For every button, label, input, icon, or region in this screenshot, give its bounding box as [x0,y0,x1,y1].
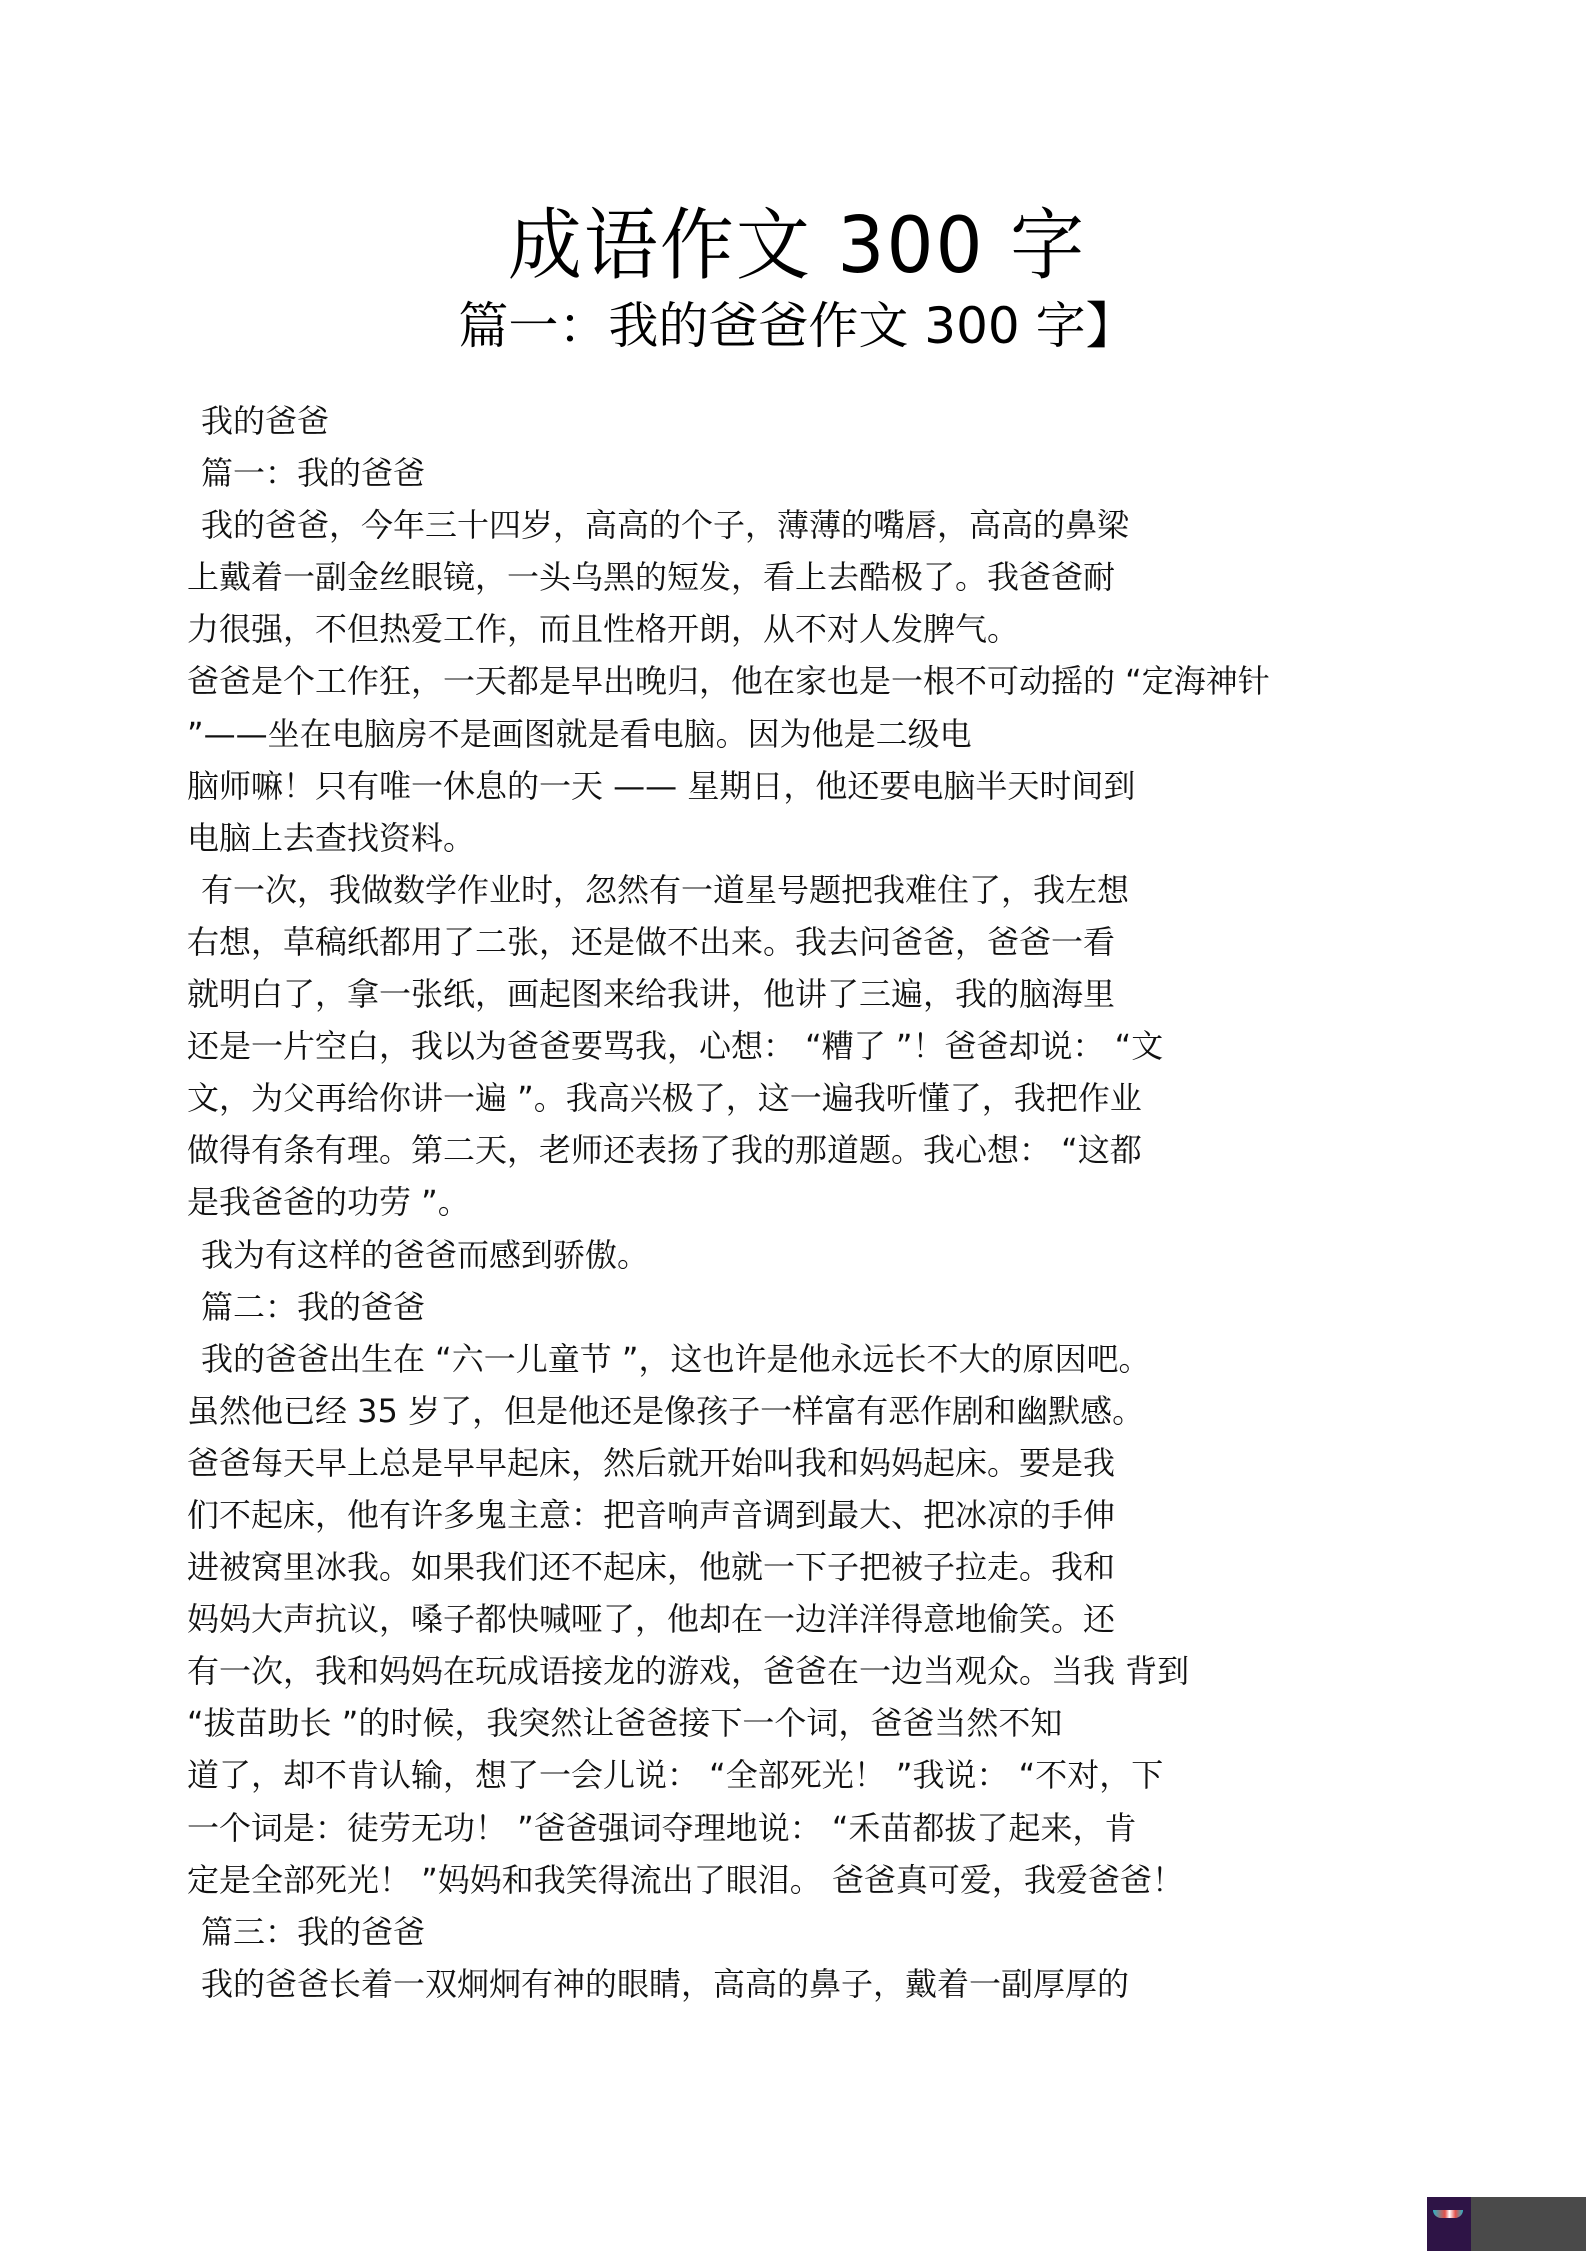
text-line: 是我爸爸的功劳 ”。 [187,1179,1447,1231]
text-line: 定是全部死光！ ”妈妈和我笑得流出了眼泪。 爸爸真可爱，我爱爸爸！ [187,1857,1447,1909]
text-line: ”——坐在电脑房不是画图就是看电脑。因为他是二级电 [187,711,1447,763]
text-line: 有一次，我做数学作业时，忽然有一道星号题把我难住了，我左想 [187,867,1447,919]
document-title: 成语作文 300 字 [0,198,1594,295]
text-line: 我的爸爸 [187,398,1447,450]
text-line: 我的爸爸出生在 “六一儿童节 ”，这也许是他永远长不大的原因吧。 [187,1336,1447,1388]
text-line: 右想，草稿纸都用了二张，还是做不出来。我去问爸爸，爸爸一看 [187,919,1447,971]
text-line: 进被窝里冰我。如果我们还不起床，他就一下子把被子拉走。我和 [187,1544,1447,1596]
document-page: 成语作文 300 字 篇一：我的爸爸作文 300 字】 我的爸爸 篇一：我的爸爸… [0,0,1594,2256]
text-line: 文，为父再给你讲一遍 ”。我高兴极了，这一遍我听懂了，我把作业 [187,1075,1447,1127]
logo-face-icon [1427,2197,1471,2251]
logo-mouth-shape [1433,2210,1463,2218]
text-line: 电脑上去查找资料。 [187,815,1447,867]
text-line: 有一次，我和妈妈在玩成语接龙的游戏，爸爸在一边当观众。当我 背到 [187,1648,1447,1700]
text-line: 一个词是：徒劳无功！ ”爸爸强词夺理地说： “禾苗都拔了起来，肯 [187,1805,1447,1857]
text-line: 我为有这样的爸爸而感到骄傲。 [187,1232,1447,1284]
text-line: 力很强，不但热爱工作，而且性格开朗，从不对人发脾气。 [187,606,1447,658]
text-line: 篇三：我的爸爸 [187,1909,1447,1961]
watermark-badge [1427,2197,1586,2251]
text-line: 上戴着一副金丝眼镜，一头乌黑的短发，看上去酷极了。我爸爸耐 [187,554,1447,606]
text-line: 脑师嘛！只有唯一休息的一天 —— 星期日，他还要电脑半天时间到 [187,763,1447,815]
text-line: 爸爸是个工作狂，一天都是早出晚归，他在家也是一根不可动摇的 “定海神针 [187,658,1447,710]
text-line: 虽然他已经 35 岁了，但是他还是像孩子一样富有恶作剧和幽默感。 [187,1388,1447,1440]
text-line: “拔苗助长 ”的时候，我突然让爸爸接下一个词，爸爸当然不知 [187,1700,1447,1752]
essay-body: 我的爸爸 篇一：我的爸爸 我的爸爸，今年三十四岁，高高的个子，薄薄的嘴唇，高高的… [187,398,1447,2013]
text-line: 篇一：我的爸爸 [187,450,1447,502]
text-line: 做得有条有理。第二天，老师还表扬了我的那道题。我心想： “这都 [187,1127,1447,1179]
text-line: 还是一片空白，我以为爸爸要骂我，心想： “糟了 ”！爸爸却说： “文 [187,1023,1447,1075]
text-line: 们不起床，他有许多鬼主意：把音响声音调到最大、把冰凉的手伸 [187,1492,1447,1544]
document-subtitle: 篇一：我的爸爸作文 300 字】 [0,294,1594,358]
text-line: 妈妈大声抗议，嗓子都快喊哑了，他却在一边洋洋得意地偷笑。还 [187,1596,1447,1648]
text-line: 就明白了，拿一张纸，画起图来给我讲，他讲了三遍，我的脑海里 [187,971,1447,1023]
text-line: 我的爸爸，今年三十四岁，高高的个子，薄薄的嘴唇，高高的鼻梁 [187,502,1447,554]
text-line: 我的爸爸长着一双炯炯有神的眼睛，高高的鼻子，戴着一副厚厚的 [187,1961,1447,2013]
text-line: 道了，却不肯认输，想了一会儿说： “全部死光！ ”我说： “不对，下 [187,1752,1447,1804]
text-line: 爸爸每天早上总是早早起床，然后就开始叫我和妈妈起床。要是我 [187,1440,1447,1492]
text-line: 篇二：我的爸爸 [187,1284,1447,1336]
